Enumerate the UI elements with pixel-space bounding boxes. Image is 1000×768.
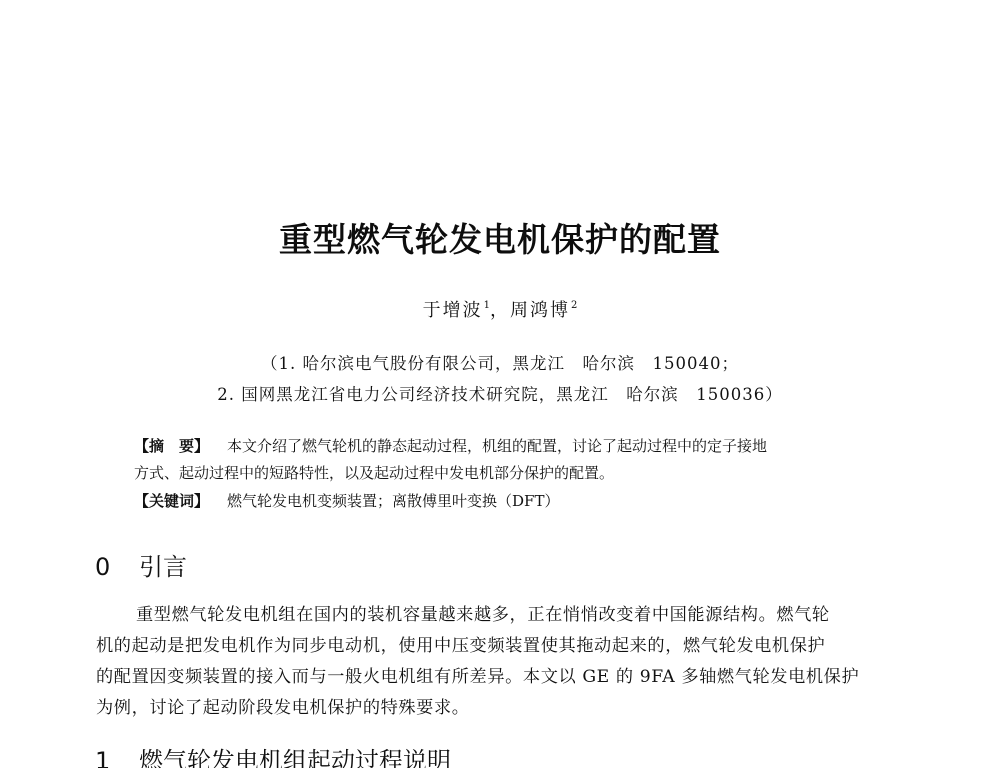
abstract-text: 本文介绍了燃气轮机的静态起动过程，机组的配置，讨论了起动过程中的定子接地 [227,437,767,455]
section-heading-startup-process: 1燃气轮发电机组起动过程说明 [95,741,451,768]
paper-title: 重型燃气轮发电机保护的配置 [0,214,1000,261]
keywords-text: 燃气轮发电机变频装置；离散傅里叶变换（DFT） [227,492,559,510]
section-title: 燃气轮发电机组起动过程说明 [139,747,451,768]
author-name: 于增波 [423,300,483,321]
section-heading-introduction: 0引言 [95,547,187,582]
affiliation-2: 2. 国网黑龙江省电力公司经济技术研究院，黑龙江 哈尔滨 150036） [0,381,1000,405]
section-number: 0 [95,553,139,581]
affiliation-1: （1. 哈尔滨电气股份有限公司，黑龙江 哈尔滨 150040； [0,350,1000,374]
author-name: 周鸿博 [510,300,570,321]
abstract-line: 方式、起动过程中的短路特性，以及起动过程中发电机部分保护的配置。 [134,461,874,485]
keywords-label: 【关键词】 [134,492,209,510]
paragraph-line: 为例，讨论了起动阶段发电机保护的特殊要求。 [96,693,908,718]
author-line: 于增波1，周鸿博2 [0,296,1000,322]
paragraph-line: 机的起动是把发电机作为同步电动机，使用中压变频装置使其拖动起来的，燃气轮发电机保… [96,631,908,656]
abstract-label: 【摘 要】 [134,437,209,455]
abstract-line: 【摘 要】本文介绍了燃气轮机的静态起动过程，机组的配置，讨论了起动过程中的定子接… [134,434,874,458]
section-number: 1 [95,747,139,768]
affiliation-mark: 2 [571,300,577,311]
keywords-line: 【关键词】燃气轮发电机变频装置；离散傅里叶变换（DFT） [134,489,874,513]
section-title: 引言 [139,553,187,581]
paragraph-line: 重型燃气轮发电机组在国内的装机容量越来越多，正在悄悄改变着中国能源结构。燃气轮 [136,600,908,625]
author-separator: ， [490,300,510,321]
paragraph-line: 的配置因变频装置的接入而与一般火电机组有所差异。本文以 GE 的 9FA 多轴燃… [96,662,908,687]
